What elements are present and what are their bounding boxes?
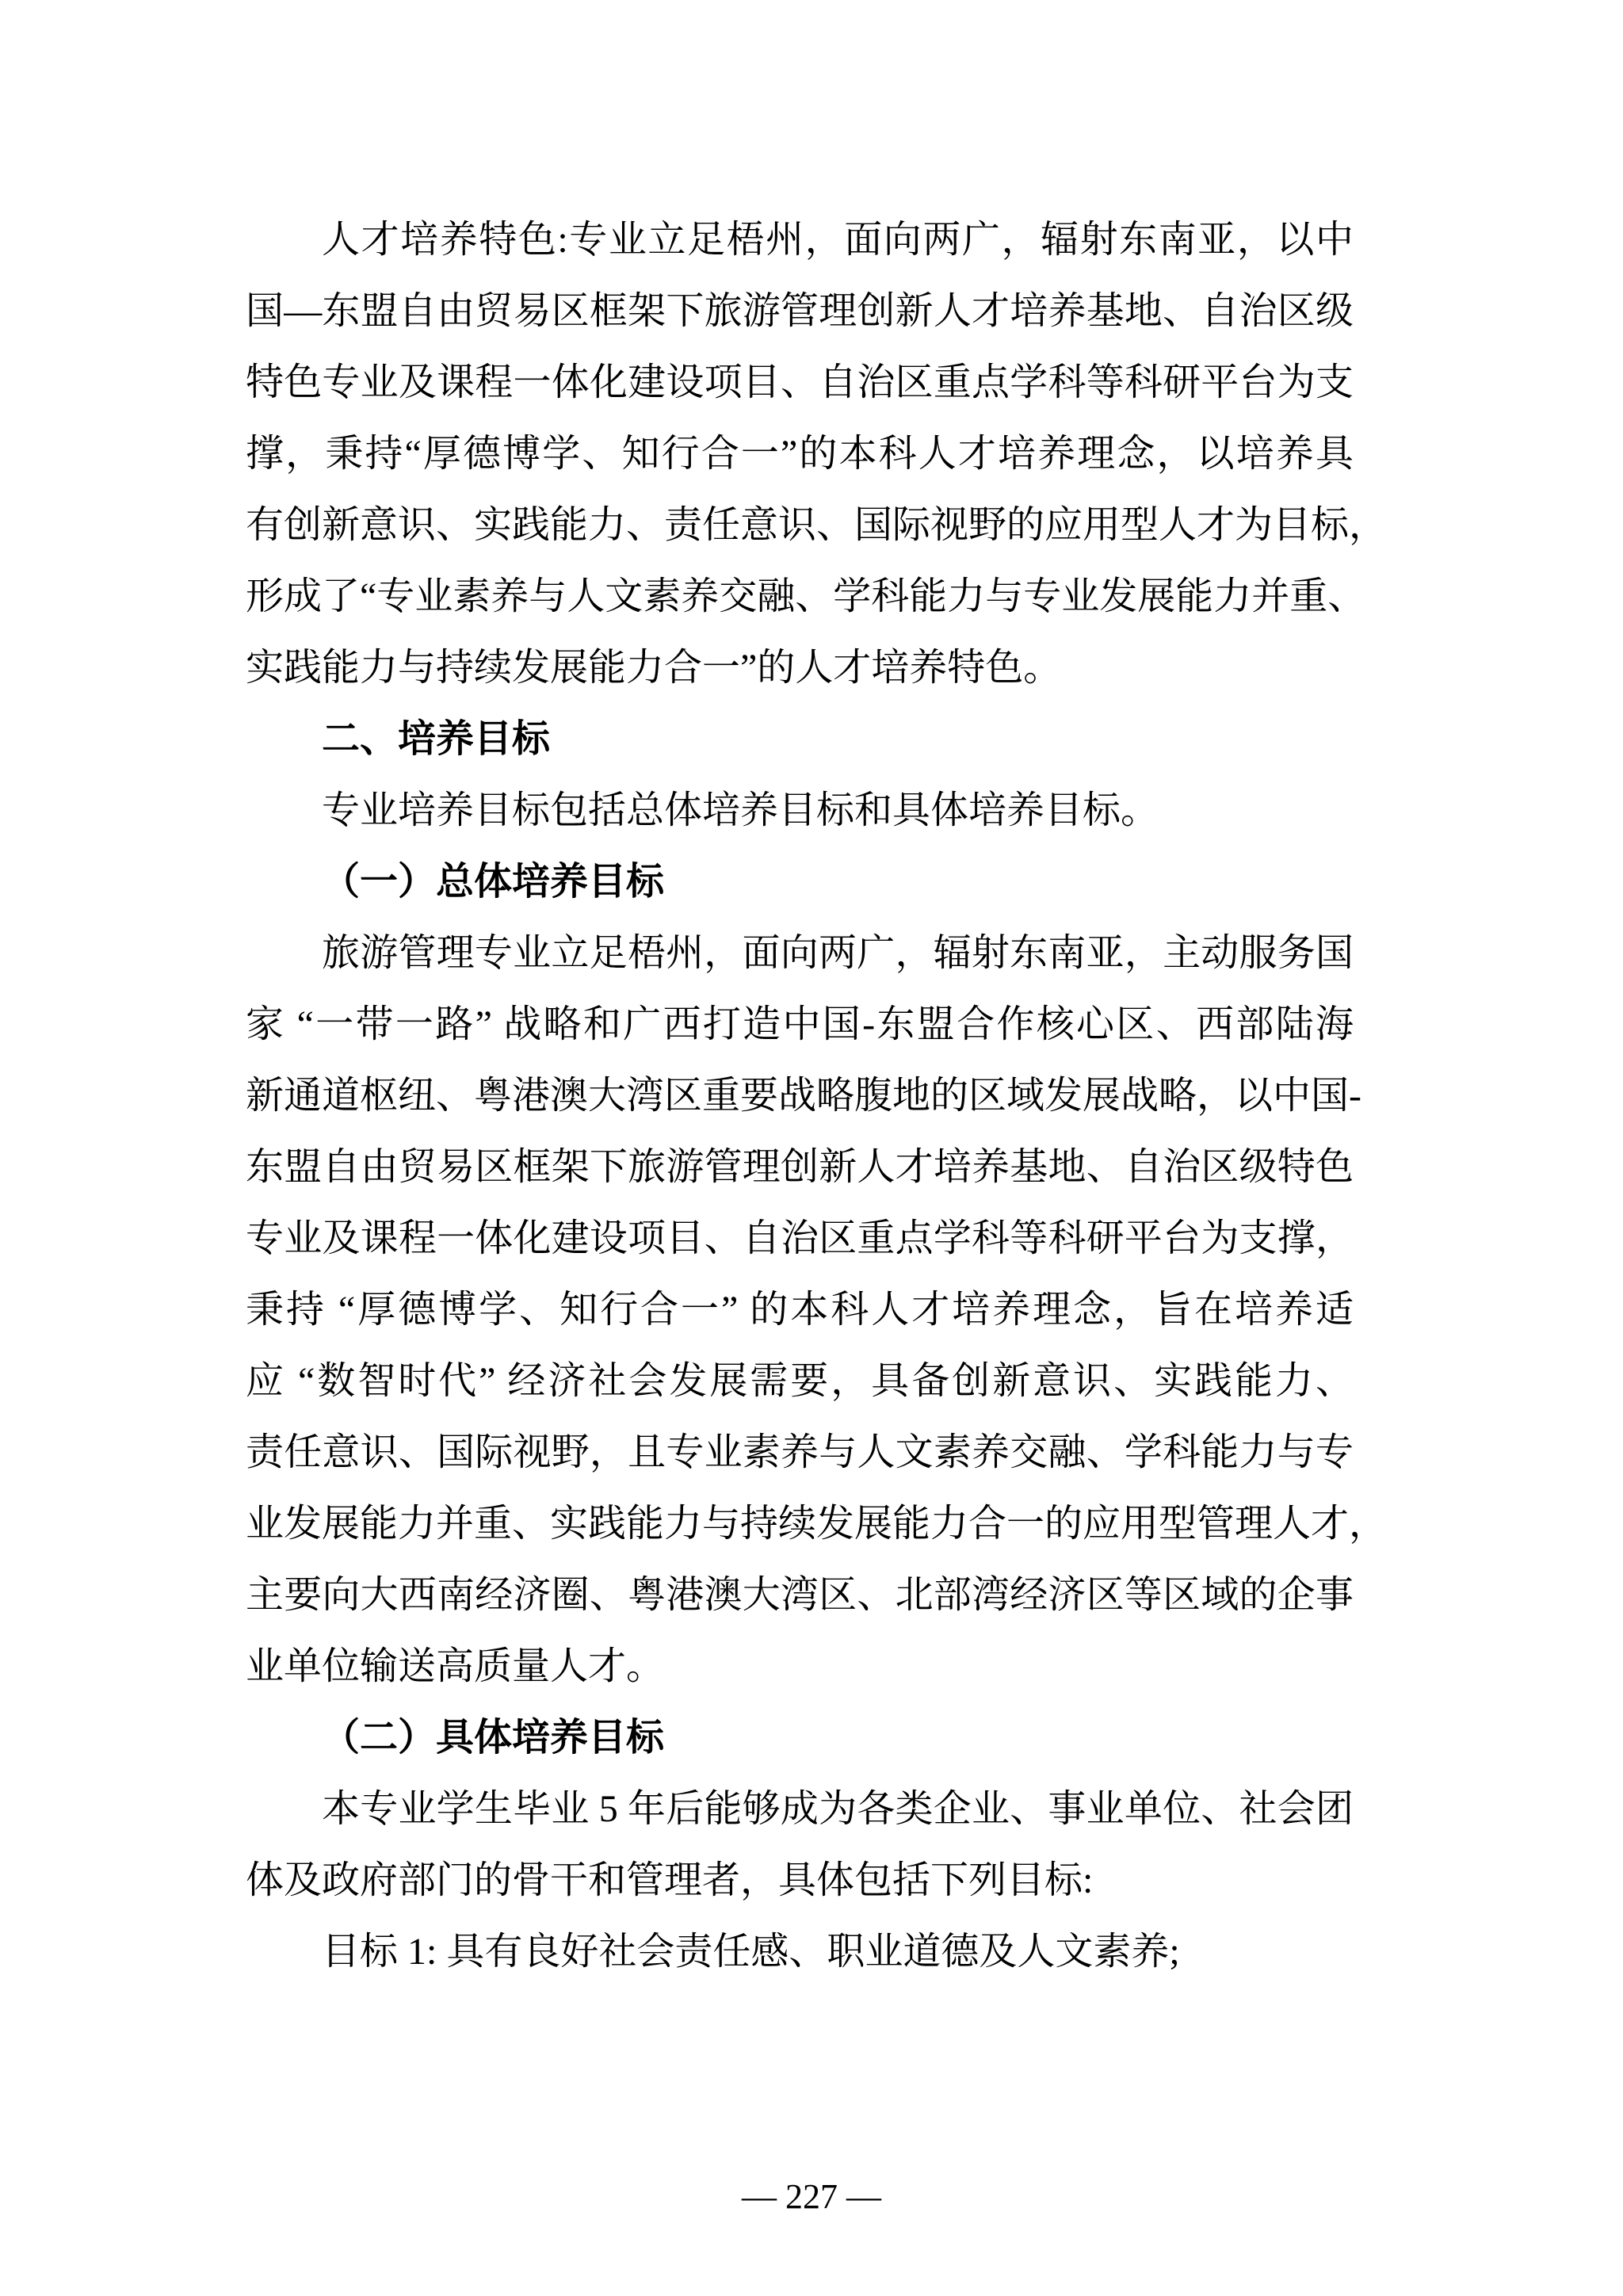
text-line: 主要向大西南经济圈、粤港澳大湾区、北部湾经济区等区域的企事 (246, 1560, 1354, 1631)
text-line: 人才培养特色:专业立足梧州，面向两广，辐射东南亚，以中 (246, 204, 1354, 276)
text-line: 实践能力与持续发展能力合一”的人才培养特色。 (246, 632, 1354, 704)
page-number: — 227 — (0, 2173, 1623, 2221)
text-line: 本专业学生毕业 5 年后能够成为各类企业、事业单位、社会团 (246, 1774, 1354, 1845)
text-line: 有创新意识、实践能力、责任意识、国际视野的应用型人才为目标， (246, 490, 1354, 561)
section-heading-2: 二、培养目标 (246, 704, 1354, 775)
text-line: 形成了“专业素养与人文素养交融、学科能力与专业发展能力并重、 (246, 561, 1354, 632)
text-line: 新通道枢纽、粤港澳大湾区重要战略腹地的区域发展战略，以中国- (246, 1060, 1354, 1132)
text-line: 目标 1: 具有良好社会责任感、职业道德及人文素养; (246, 1916, 1354, 1988)
text-line: 秉持 “厚德博学、知行合一” 的本科人才培养理念，旨在培养适 (246, 1274, 1354, 1346)
text-line: 撑，秉持“厚德博学、知行合一”的本科人才培养理念，以培养具 (246, 418, 1354, 490)
text-line: 应 “数智时代” 经济社会发展需要，具备创新意识、实践能力、 (246, 1346, 1354, 1417)
text-line: 业单位输送高质量人才。 (246, 1631, 1354, 1702)
body-text: 人才培养特色:专业立足梧州，面向两广，辐射东南亚，以中 国—东盟自由贸易区框架下… (246, 204, 1354, 1988)
text-line: 专业及课程一体化建设项目、自治区重点学科等科研平台为支撑， (246, 1203, 1354, 1274)
text-line: 特色专业及课程一体化建设项目、自治区重点学科等科研平台为支 (246, 347, 1354, 418)
section-heading-2-1: （一）总体培养目标 (246, 846, 1354, 918)
text-line: 体及政府部门的骨干和管理者，具体包括下列目标: (246, 1845, 1354, 1916)
text-line: 家 “一带一路” 战略和广西打造中国-东盟合作核心区、西部陆海 (246, 989, 1354, 1060)
text-line: 责任意识、国际视野，且专业素养与人文素养交融、学科能力与专 (246, 1417, 1354, 1488)
text-line: 专业培养目标包括总体培养目标和具体培养目标。 (246, 775, 1354, 846)
text-line: 国—东盟自由贸易区框架下旅游管理创新人才培养基地、自治区级 (246, 276, 1354, 347)
section-heading-2-2: （二）具体培养目标 (246, 1702, 1354, 1774)
text-line: 旅游管理专业立足梧州，面向两广，辐射东南亚，主动服务国 (246, 918, 1354, 989)
text-line: 业发展能力并重、实践能力与持续发展能力合一的应用型管理人才， (246, 1488, 1354, 1560)
text-line: 东盟自由贸易区框架下旅游管理创新人才培养基地、自治区级特色 (246, 1132, 1354, 1203)
document-page: 人才培养特色:专业立足梧州，面向两广，辐射东南亚，以中 国—东盟自由贸易区框架下… (0, 0, 1623, 2296)
